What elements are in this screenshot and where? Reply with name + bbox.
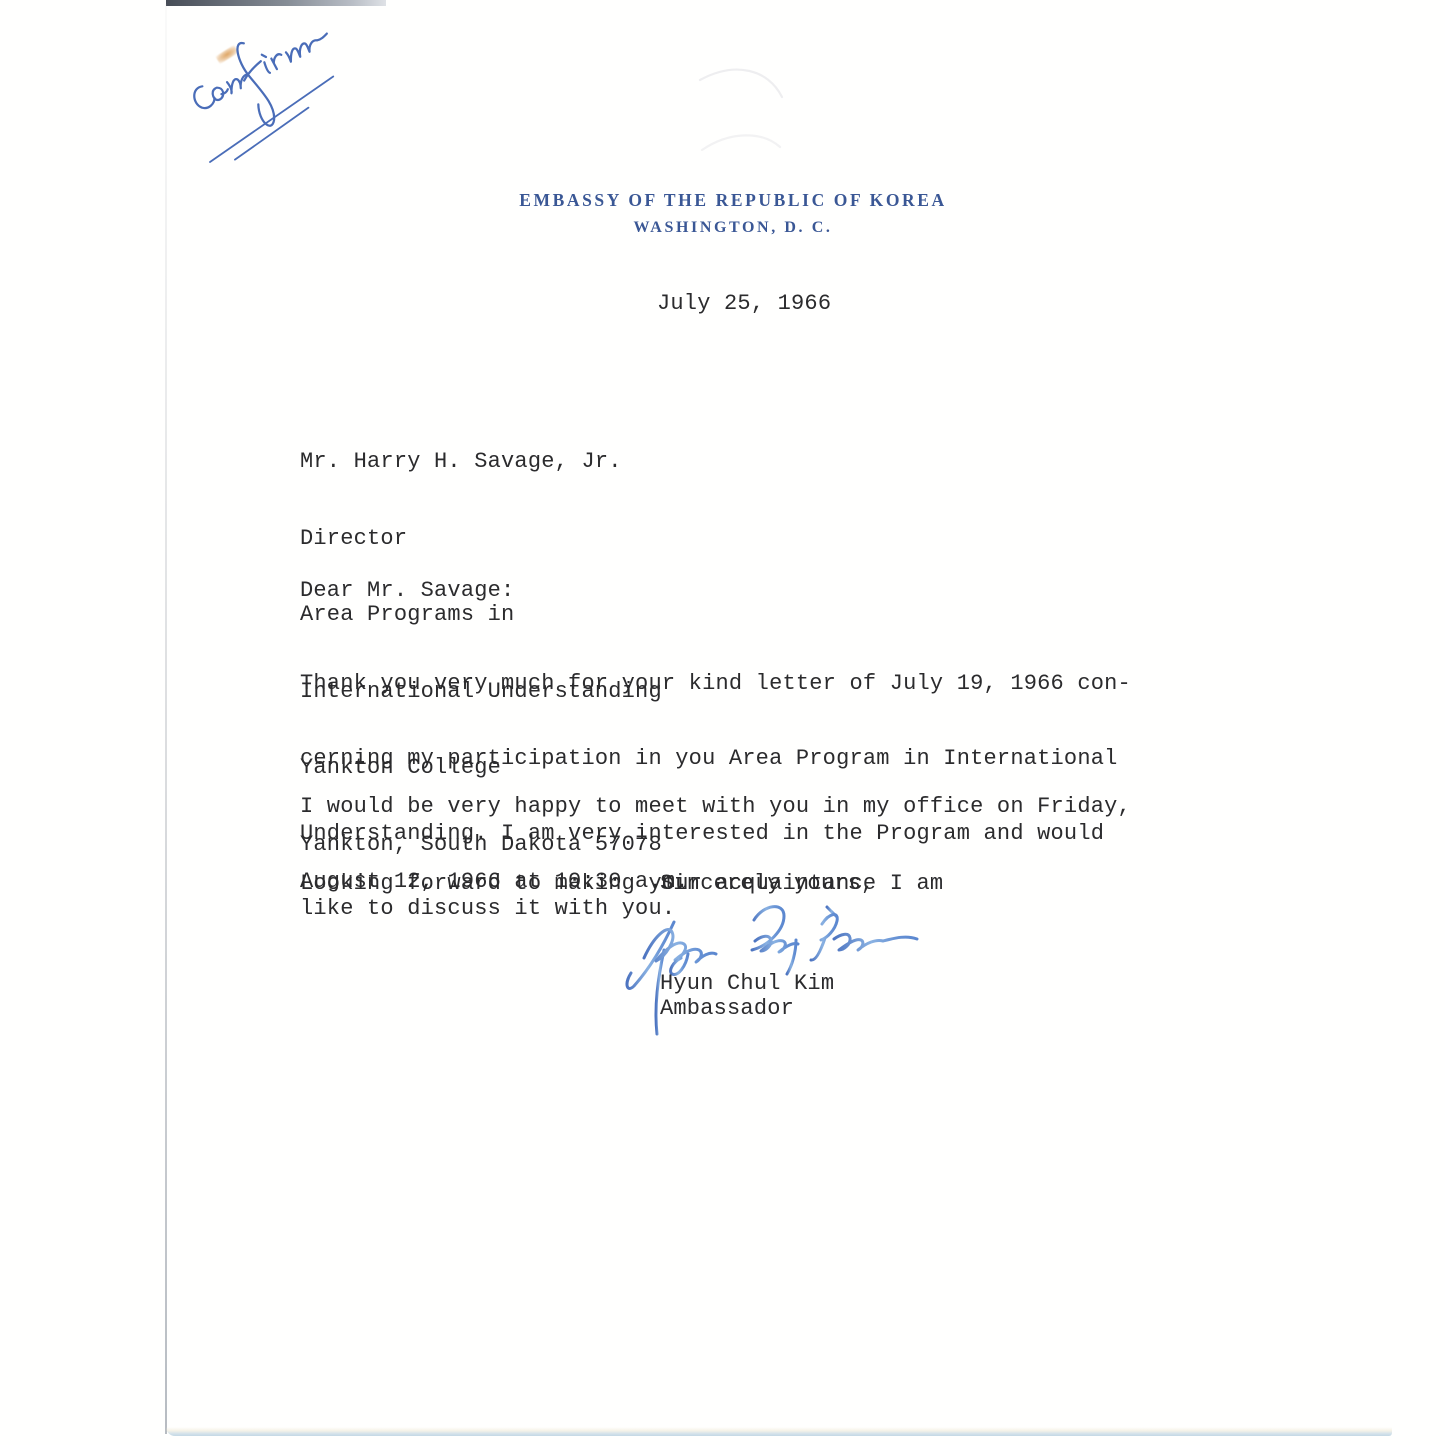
date-line: July 25, 1966 [657, 291, 831, 316]
paper-left-edge [165, 4, 167, 1434]
letterhead-embassy-line: EMBASSY OF THE REPUBLIC OF KOREA [233, 190, 1233, 211]
paper-crease [680, 45, 810, 165]
confirm-script-icon [180, 20, 410, 200]
scan-edge-artifact [166, 0, 386, 6]
body-line: Thank you very much for your kind letter… [300, 671, 1131, 696]
closing-line: Sincerely yours, [660, 871, 874, 896]
letterhead-city-line: WASHINGTON, D. C. [233, 219, 1233, 237]
recipient-line: Director [300, 526, 662, 552]
salutation: Dear Mr. Savage: [300, 578, 514, 603]
body-line: I would be very happy to meet with you i… [300, 794, 1131, 819]
signer-name: Hyun Chul Kim [660, 971, 834, 996]
letter-page: EMBASSY OF THE REPUBLIC OF KOREA WASHING… [0, 0, 1445, 1445]
recipient-line: Mr. Harry H. Savage, Jr. [300, 449, 662, 475]
signer-title: Ambassador [660, 996, 794, 1021]
paper-bottom-edge [166, 1427, 1392, 1436]
handwritten-confirm-annotation [180, 20, 410, 200]
